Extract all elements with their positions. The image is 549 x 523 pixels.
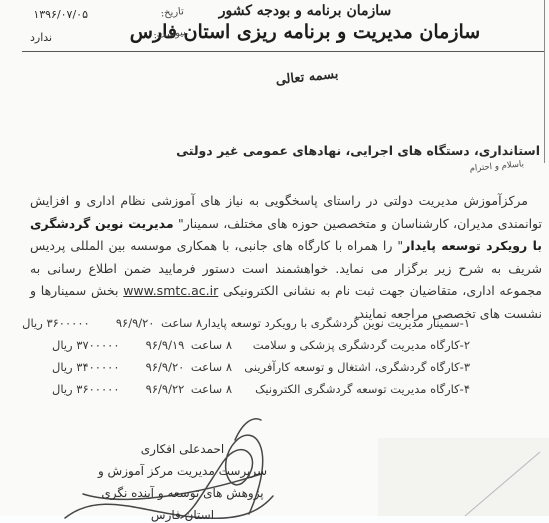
scan-right-border <box>544 0 545 163</box>
event-price: ۳۶۰۰۰۰۰ ریال <box>22 316 110 330</box>
attachment-value: ندارد <box>30 31 68 44</box>
event-row: ۲-کارگاه مدیریت گردشگری پزشکی و سلامت ۸ … <box>52 338 470 360</box>
event-row: ۴-کارگاه مدیریت توسعه گردشگری الکترونیک … <box>52 382 470 404</box>
registration-url-link[interactable]: www.smtc.ac.ir <box>123 283 218 298</box>
event-date: ۹۶/۹/۱۹ <box>140 338 190 352</box>
event-title: ۴-کارگاه مدیریت توسعه گردشگری الکترونیک <box>232 382 470 396</box>
event-row: ۳-کارگاه گردشگری، اشتغال و توسعه کارآفری… <box>52 360 470 382</box>
event-title: ۱-سمینار مدیریت نوین گردشگری با رویکرد ت… <box>202 316 470 330</box>
event-duration: ۸ ساعت <box>190 338 232 352</box>
event-price: ۳۷۰۰۰۰۰ ریال <box>52 338 140 352</box>
event-duration: ۸ ساعت <box>160 316 202 330</box>
event-date: ۹۶/۹/۲۲ <box>140 382 190 396</box>
event-duration: ۸ ساعت <box>190 382 232 396</box>
letterhead-divider <box>22 51 545 52</box>
event-duration: ۸ ساعت <box>190 360 232 374</box>
date-value: ۱۳۹۶/۰۷/۰۵ <box>18 8 88 21</box>
body-paragraph: مرکزآموزش مدیریت دولتی در راستای پاسخگوی… <box>30 190 542 326</box>
recipient-line: استانداری، دستگاه های اجرایی، نهادهای عم… <box>0 143 540 158</box>
besmellah-calligraphy: بسمه تعالی <box>252 64 363 90</box>
event-date: ۹۶/۹/۲۰ <box>110 316 160 330</box>
event-price: ۳۴۰۰۰۰۰ ریال <box>52 360 140 374</box>
event-title: ۲-کارگاه مدیریت گردشگری پزشکی و سلامت <box>232 338 470 352</box>
event-date: ۹۶/۹/۲۰ <box>140 360 190 374</box>
scan-artifact-line <box>460 448 545 520</box>
signature-scrawl <box>55 416 315 523</box>
event-title: ۳-کارگاه گردشگری، اشتغال و توسعه کارآفری… <box>232 360 470 374</box>
event-price: ۳۶۰۰۰۰۰ ریال <box>52 382 140 396</box>
event-row: ۱-سمینار مدیریت نوین گردشگری با رویکرد ت… <box>52 316 470 338</box>
scanned-letter-page: { "letterhead": { "org_parent": "سازمان … <box>0 0 549 523</box>
salutation: باسلام و احترام <box>462 159 525 174</box>
